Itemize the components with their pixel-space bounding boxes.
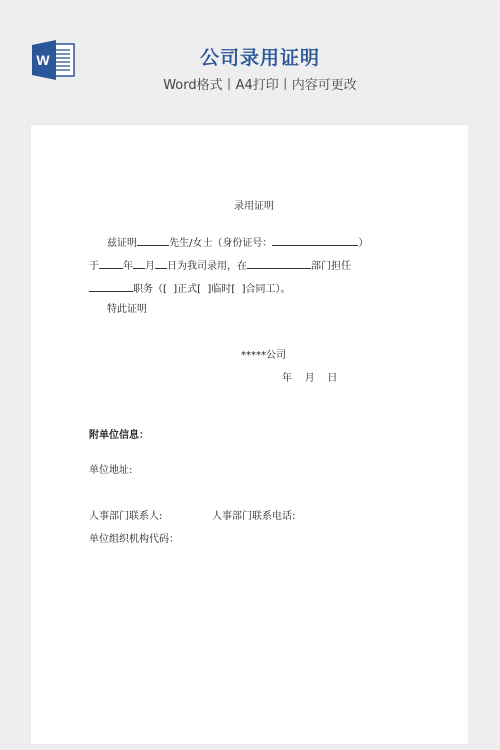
closing-text: 特此证明 bbox=[107, 304, 147, 316]
org-code-label: 单位组织机构代码： bbox=[89, 534, 179, 546]
page-title: 公司录用证明 bbox=[0, 43, 500, 70]
certify-line-2: 于年月日为我司录用，在部门担任 bbox=[89, 259, 351, 273]
hr-phone-label: 人事部门联系电话: bbox=[212, 511, 295, 523]
hr-contact-label: 人事部门联系人: bbox=[89, 511, 162, 523]
certify-line-1: 兹证明先生/女士（身份证号：） bbox=[107, 236, 368, 250]
company-name: *****公司 bbox=[241, 350, 286, 362]
address-label: 单位地址: bbox=[89, 465, 132, 477]
document-title: 录用证明 bbox=[234, 201, 274, 213]
date-line: 年 月 日 bbox=[282, 373, 337, 385]
page-subtitle: Word格式丨A4打印丨内容可更改 bbox=[0, 74, 500, 93]
certify-line-3: 职务（[ ]正式[ ]临时[ ]合同工）。 bbox=[89, 282, 290, 296]
info-heading: 附单位信息： bbox=[89, 430, 149, 442]
document-page: 录用证明 兹证明先生/女士（身份证号：） 于年月日为我司录用，在部门担任 职务（… bbox=[31, 125, 468, 744]
